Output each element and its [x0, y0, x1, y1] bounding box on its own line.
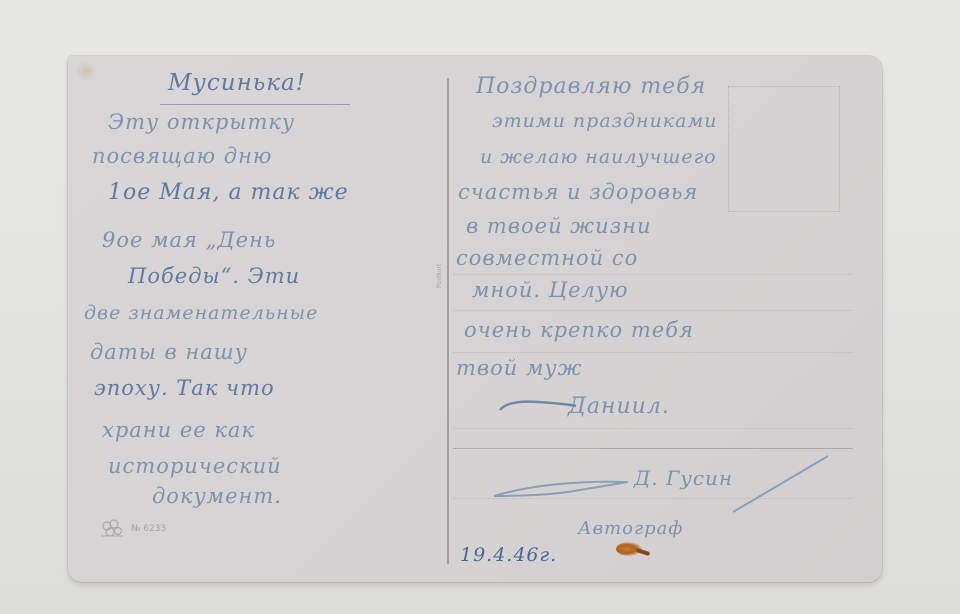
rust-stain-tail [636, 548, 651, 556]
center-divider [447, 78, 449, 564]
left-line-10: исторический [108, 454, 282, 478]
signature-flourish-icon [498, 392, 578, 416]
greeting: Мусинька! [168, 70, 306, 96]
left-line-3: 1ое Мая, а так же [108, 180, 349, 205]
autograph-signature: Д. Гусин [634, 466, 733, 490]
left-line-7: даты в нашу [90, 340, 248, 364]
left-line-8: эпоху. Так что [94, 376, 275, 400]
address-separator [453, 448, 853, 449]
address-line-4 [453, 428, 853, 429]
right-line-3: и желаю наилучшего [480, 146, 717, 168]
publisher-number: № 6233 [131, 524, 166, 534]
right-line-7: мной. Целую [472, 278, 629, 302]
left-line-11: документ. [152, 484, 282, 508]
left-line-9: храни ее как [102, 418, 255, 442]
right-line-4: счастья и здоровья [458, 180, 698, 204]
autograph-date: 19.4.46г. [460, 544, 557, 566]
right-line-1: Поздравляю тебя [476, 74, 706, 99]
corner-stain [76, 60, 96, 82]
left-line-6: две знаменательные [84, 302, 318, 324]
stamp-box [728, 86, 840, 212]
right-line-5: в твоей жизни [466, 214, 652, 238]
publisher-mark: № 6233 [98, 518, 166, 540]
left-line-1: Эту открытку [108, 110, 295, 134]
autograph-note: Автограф [578, 518, 683, 539]
left-line-5: Победы“. Эти [128, 264, 300, 288]
left-line-4: 9ое мая „День [102, 228, 276, 252]
address-line-1 [453, 274, 853, 275]
left-line-2: посвящаю дню [92, 144, 272, 168]
divider-label: Postkort [436, 264, 443, 288]
address-line-3 [453, 352, 853, 353]
right-signature-daniil: Даниил. [568, 394, 670, 419]
right-line-8: очень крепко тебя [464, 318, 694, 342]
right-line-2: этими праздниками [492, 110, 717, 132]
right-line-9: твой муж [456, 356, 582, 380]
right-line-6: совместной со [456, 246, 638, 270]
greeting-underline [160, 104, 350, 105]
postcard-back: Мусинька! Эту открытку посвящаю дню 1ое … [68, 56, 882, 582]
address-line-2 [453, 310, 853, 311]
floral-logo-icon [98, 518, 126, 540]
